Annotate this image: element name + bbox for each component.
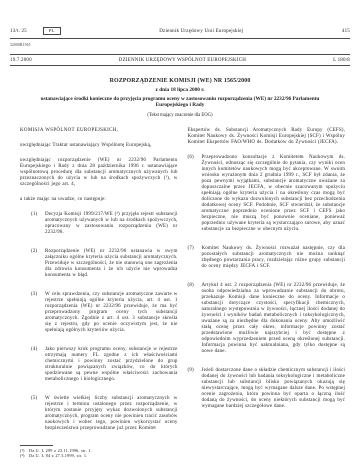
recital-6: (6) Przeprowadzono konsultacje z Komitet… [188,155,346,233]
intro-treaty: uwzględniając Traktat ustanawiający Wspó… [20,143,178,149]
footnotes: (¹) Dz.U. L 299 z 23.11.1996, str. 1. (²… [20,445,178,459]
recital-number: (3) [31,292,45,334]
journal-page: 13/t. 25 PL Dziennik Urzędowy Unii Europ… [0,0,360,466]
recital-number: (8) [188,283,202,355]
recital-number: (7) [188,246,202,270]
celex-number: 32000R1565 [10,43,350,47]
recital-5-continuation: Ekspertów ds. Substancji Aromatycznych R… [188,128,346,146]
recital-number: (5) [31,396,45,432]
issue-date: 19.7.2000 [10,58,32,63]
footnote-separator [20,445,53,446]
eea-relevance-note: (Tekst mający znaczenie dla EOG) [10,113,350,118]
intro-regulation: uwzględniając rozporządzenie (WE) nr 223… [20,158,178,188]
intro-whereas: a także mając na uwadze, co następuje: [20,197,178,203]
footnote-number: (²) [20,453,29,458]
header-row-top: 13/t. 25 PL Dziennik Urzędowy Unii Europ… [10,27,350,39]
page-number: 415 [342,29,350,34]
recital-text: W świetle wielkiej liczby substancji aro… [45,396,178,432]
recital-2: (2) Rozporządzenie (WE) nr 2232/96 ustan… [20,249,178,279]
recital-1: (1) Decyzja Komisji 1999/217/WE (²) przy… [20,212,178,236]
recital-text: W celu sprawdzenia, czy substancje aroma… [45,292,178,334]
recital-8: (8) Artykuł 4 ust. 2 rozporządzenia (WE)… [188,283,346,355]
regulation-subtitle: ustanawiające środki konieczne do przyję… [30,96,330,109]
recital-number: (4) [31,347,45,383]
recital-9: (9) Jeżeli dostarczone dane o składzie c… [188,368,346,410]
recital-number: (6) [188,155,202,233]
edition-label: 13/t. 25 [10,29,27,34]
left-column: KOMISJA WSPÓLNOT EUROPEJSKICH, uwzględni… [20,128,178,459]
right-column: Ekspertów ds. Substancji Aromatycznych R… [188,128,346,459]
recital-text: Jako pierwszy krok programu oceny, subst… [45,347,178,383]
regulation-title: ROZPORZĄDZENIE KOMISJI (WE) NR 1565/2000 [10,78,350,84]
journal-name: DZIENNIK URZĘDOWY WSPÓLNOT EUROPEJSKICH [119,58,246,63]
recital-text: Artykuł 4 ust. 2 rozporządzenia (WE) nr … [202,283,346,355]
recital-text: Komitet Naukowy ds. Żywności rozważał na… [202,246,346,270]
recital-text: Przeprowadzono konsultacje z Komitetem N… [202,155,346,233]
recital-text: Decyzja Komisji 1999/217/WE (²) przyjęła… [45,212,178,236]
recital-5: (5) W świetle wielkiej liczby substancji… [20,396,178,432]
recital-3: (3) W celu sprawdzenia, czy substancje a… [20,292,178,334]
recital-number: (2) [31,249,45,279]
issue-page-ref: L 180/8 [333,58,350,63]
header-row-journal: 19.7.2000 DZIENNIK URZĘDOWY WSPÓLNOT EUR… [10,54,350,66]
recital-number: (9) [188,368,202,410]
language-badge: PL [43,27,61,35]
recital-text: Jeżeli dostarczone dane o składzie chemi… [202,368,346,410]
regulation-date: z dnia 18 lipca 2000 r. [10,87,350,93]
intro-commission: KOMISJA WSPÓLNOT EUROPEJSKICH, [20,128,178,134]
recital-7: (7) Komitet Naukowy ds. Żywności rozważa… [188,246,346,270]
recital-number: (1) [31,212,45,236]
recital-text: Rozporządzenie (WE) nr 2232/96 ustanawia… [45,249,178,279]
journal-title: Dziennik Urzędowy Unii Europejskiej [61,29,342,34]
footnote-text: Dz.U. L 84 z 27.3.1999, str. 1. [29,453,87,458]
recital-4: (4) Jako pierwszy krok programu oceny, s… [20,347,178,383]
body-columns: KOMISJA WSPÓLNOT EUROPEJSKICH, uwzględni… [10,128,350,459]
title-block: ROZPORZĄDZENIE KOMISJI (WE) NR 1565/2000… [10,78,350,118]
footnote-2: (²) Dz.U. L 84 z 27.3.1999, str. 1. [20,453,178,458]
